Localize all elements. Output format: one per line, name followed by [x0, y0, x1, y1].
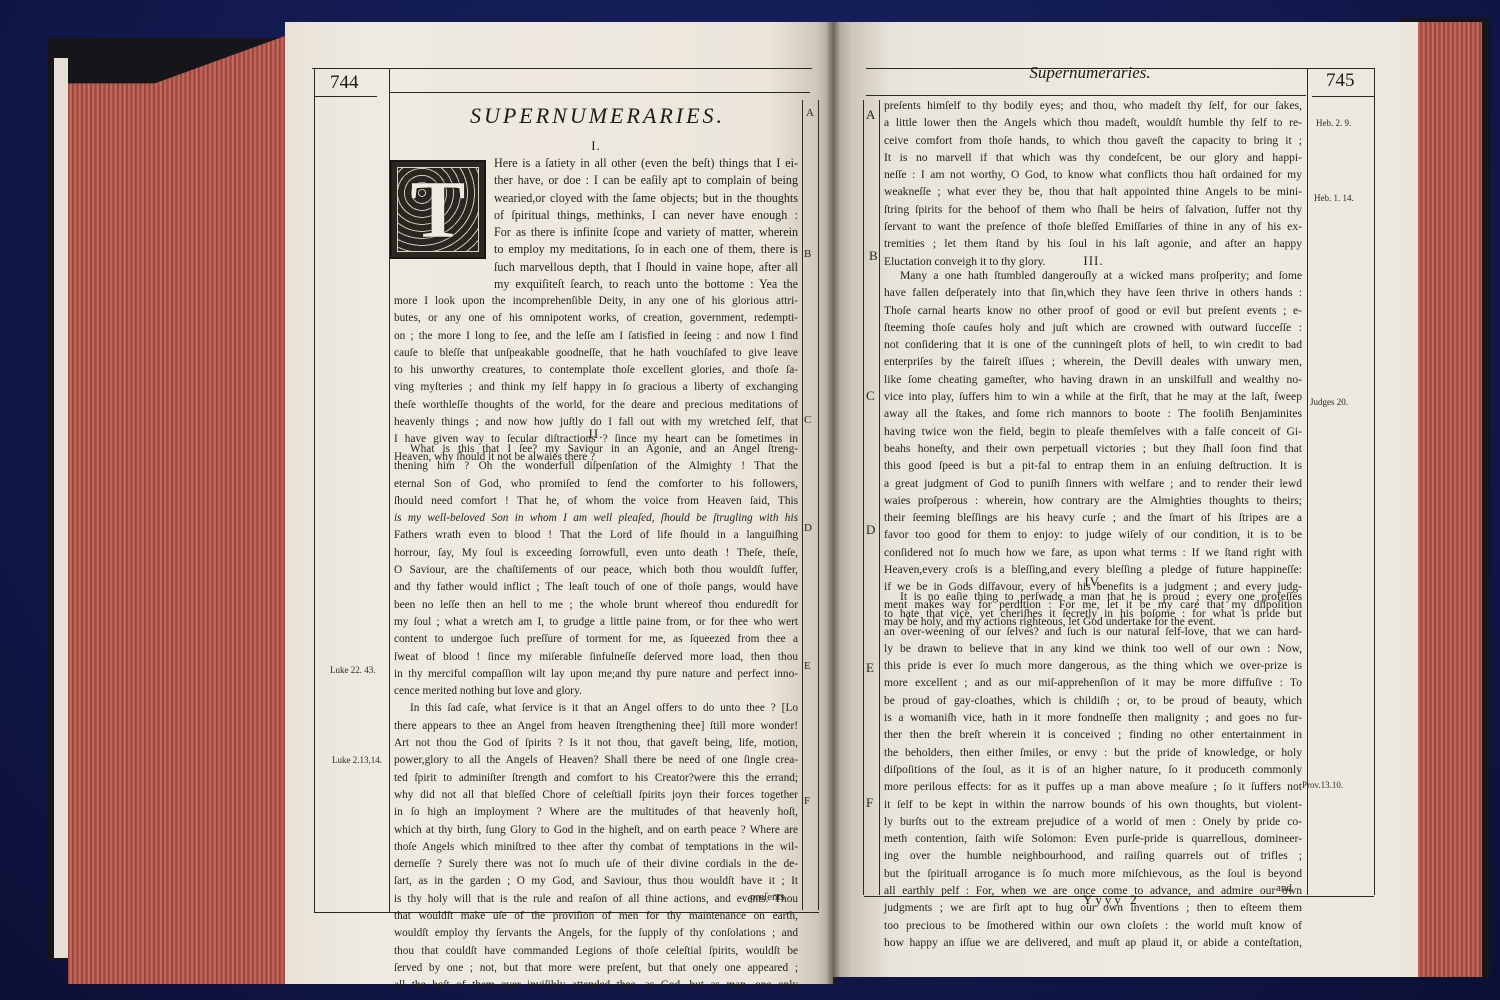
text-line: a great judgment of God to puniſh ſinner… [884, 475, 1302, 492]
text-line: wouldſt employ thy ſervants the Angels, … [394, 925, 798, 942]
text-line: which at thy birth, ſung Glory to God in… [394, 822, 798, 839]
text-line: on ; the more I long to ſee, and the leſ… [394, 328, 798, 345]
left-title-rule [390, 92, 810, 93]
text-line: thou that couldſt have commanded Legions… [394, 943, 798, 960]
text-line: how happy an iſſue we are delivered, and… [884, 934, 1302, 951]
left-folio-box-rule [315, 96, 377, 97]
text-line: ſuch marvellous depth, that I ſhould in … [494, 259, 798, 276]
text-line: neſſe : I am not worthy, O God, to know … [884, 166, 1302, 183]
text-line: there appears to thee an Angel from heav… [394, 718, 798, 735]
text-line: ceive comfort from thoſe hands, to which… [884, 132, 1302, 149]
continuation-text: preſents himſelf to thy bodily eyes; and… [884, 97, 1302, 270]
text-line: Thoſe carnal hearts know no other proof … [884, 302, 1302, 319]
text-line: ther then the breſt wherein it is concei… [884, 726, 1302, 743]
left-margin-letter-b: B [804, 248, 811, 260]
text-line: content to undergoe ſuch preſſure of tor… [394, 631, 798, 648]
text-line: more perilous effects: for as it puffes … [884, 778, 1302, 795]
left-margin-letter-a: A [806, 107, 814, 119]
margin-note-luke-2-13-14: Luke 2.13,14. [332, 755, 382, 765]
text-line: ſweat of blood ! ſince my miſerable ſinf… [394, 649, 798, 666]
text-line: beahs honeſty, and their own perpetuall … [884, 440, 1302, 457]
text-line: my ſoul ; what a wretch am I, to grudge … [394, 614, 798, 631]
right-head-rule [866, 95, 1306, 96]
left-margin-letter-f: F [804, 795, 810, 807]
text-line: It is no marvell if that which was thy c… [884, 149, 1302, 166]
text-line: waies proſperous : wherein, how contrary… [884, 492, 1302, 509]
text-line: favor too good for them to enjoy: to jud… [884, 526, 1302, 543]
text-line: preſents himſelf to thy bodily eyes; and… [884, 97, 1302, 114]
right-text-left-line [879, 100, 880, 895]
text-line: ving myſteries ; and think my ſelf happy… [394, 379, 798, 396]
text-line: weakneſſe ; what ever they be, thou that… [884, 183, 1302, 200]
chapter-title: SUPERNUMERARIES. [390, 103, 805, 129]
text-line: cauſe to bleſſe that unſpeakable goodneſ… [394, 345, 798, 362]
text-line: is my well-beloved Son in whom I am well… [394, 510, 798, 527]
section-numeral-1: I. [390, 137, 802, 154]
text-line: horrour, ſay, My ſoul is exceeding ſorro… [394, 545, 798, 562]
ornamental-drop-cap: T [390, 160, 486, 259]
text-line: thening him ? Oh the wonderfull diſpenſa… [394, 458, 798, 475]
text-line: the beholders, then either ſmiles, or en… [884, 744, 1302, 761]
text-line: ſtring ſpirits for the behoof of them wh… [884, 201, 1302, 218]
text-line: that wouldſt make uſe of the proviſion o… [394, 908, 798, 925]
text-line: it ſelf to be kept in within the narrow … [884, 796, 1302, 813]
text-line: derneſſe ? Surely there was not ſo much … [394, 856, 798, 873]
text-line: In this ſad caſe, what ſervice is it tha… [394, 700, 798, 717]
text-line: have fallen deſperately into that ſin,wh… [884, 284, 1302, 301]
text-line: Here is a ſatiety in all other (even the… [494, 155, 798, 172]
text-line: my exquiſiteſt ſearch, to reach unto the… [494, 276, 798, 293]
text-line: like ſome cheating gameſter, who having … [884, 371, 1302, 388]
text-line: theſe worthleſſe thoughts of the world, … [394, 397, 798, 414]
page-edges-left [68, 36, 285, 984]
text-line: been no leſſe then an hell to me ; the w… [394, 597, 798, 614]
left-text-right-line [802, 100, 803, 910]
text-line: but the ſpirituall arrogance is ſo much … [884, 865, 1302, 882]
running-head: Supernumeraries. [870, 63, 1310, 83]
text-line: is a womaniſh vice, hath in it more fond… [884, 709, 1302, 726]
text-line: ſart, as in the garden ; O my God, and S… [394, 873, 798, 890]
text-line: of ſpiritual things, methinks, I can nev… [494, 207, 798, 224]
text-line: vice into play, ſuffers him to win a whi… [884, 388, 1302, 405]
text-line: For as there is infinite ſcope and varie… [494, 224, 798, 241]
right-outer-margin-line [1374, 68, 1375, 895]
text-line: ing over the humble neighbourhood, and r… [884, 847, 1302, 864]
text-line: more excellent ; and as our miſ-apprehen… [884, 674, 1302, 691]
text-line: ſerved by one ; not, but that more were … [394, 960, 798, 977]
text-line: all the hoſt of them ever inviſibly atte… [394, 977, 798, 994]
text-line: thoſe Angels which miniſtred to thee aft… [394, 839, 798, 856]
right-catchword: and [1276, 880, 1292, 897]
text-line: ſervant to want the preſence of thoſe bl… [884, 218, 1302, 235]
left-gutter-line [818, 100, 819, 910]
text-line: away all the ſtakes, and ſome rich manno… [884, 405, 1302, 422]
text-line: wearied,or cloyed with the ſame objects;… [494, 190, 798, 207]
text-line: cence merited nothing but love and glory… [394, 683, 798, 700]
text-line: butes, or any one of his omnipotent work… [394, 310, 798, 327]
text-line: enterpriſes by the faireſt iſſues ; wher… [884, 353, 1302, 370]
left-margin-letter-c: C [804, 414, 811, 426]
text-line: Many a one hath ſtumbled dangerouſly at … [884, 267, 1302, 284]
text-line: tremities ; let them ſtand by his ſoul i… [884, 235, 1302, 252]
right-folio-box-rule [1312, 96, 1374, 97]
text-line: a little lower then the Angels which tho… [884, 114, 1302, 131]
text-line: ſhould need comfort ! That he, of whom t… [394, 493, 798, 510]
text-line: to employ my meditations, ſo in each one… [494, 241, 798, 258]
text-line: What is this that I ſee? my Saviour in a… [394, 441, 798, 458]
text-line: too precious to be ſmothered within our … [884, 917, 1302, 934]
text-line: diſpoſitions of the ſoul, as it is of an… [884, 761, 1302, 778]
printer-signature: Yyyy 2 [1083, 892, 1140, 908]
right-margin-letter-a: A [866, 107, 875, 123]
right-margin-letter-e: E [866, 660, 874, 676]
text-line: in thy merciful compaſſion wilt lay upon… [394, 666, 798, 683]
page-edges-right [1412, 22, 1482, 977]
text-line: in ſo high an imployment ? Where are the… [394, 804, 798, 821]
margin-note-luke-22-43: Luke 22. 43. [330, 665, 376, 675]
section-numeral-2: II. [390, 425, 802, 442]
text-line: this good ſpeed is but a pit-fal to entr… [884, 457, 1302, 474]
text-line: why did not all that bleſſed Chore of ce… [394, 787, 798, 804]
text-line: ted ſpirit to adminiſter ſtrength and co… [394, 770, 798, 787]
text-line: more I look upon the incomprehenſible De… [394, 293, 798, 310]
text-line: their ſeeming bleſſings are his heavy cu… [884, 509, 1302, 526]
book-gutter-shadow [826, 22, 840, 984]
text-line: to hate that vice, yet cheriſhes it ſecr… [884, 605, 1302, 622]
right-margin-letter-f: F [866, 795, 873, 811]
text-line: this pride is ever ſo much more dangerou… [884, 657, 1302, 674]
text-line: ther have, or doe : I can be eaſily apt … [494, 172, 798, 189]
left-outer-margin-line [314, 68, 315, 913]
right-gutter-line [863, 100, 864, 895]
text-line: an over-weening of our ſelves? and ſuch … [884, 623, 1302, 640]
text-line: and thy father would inflict ; The leaſt… [394, 579, 798, 596]
right-margin-letter-d: D [866, 522, 875, 538]
left-folio-number: 744 [330, 72, 359, 94]
text-line: to his unworthy creatures, to contemplat… [394, 362, 798, 379]
text-line: conſidered not ſo much how we fare, as u… [884, 544, 1302, 561]
margin-note-heb-2-9: Heb. 2. 9. [1316, 118, 1351, 128]
text-line: power,glory to all the Angels of Heaven?… [394, 752, 798, 769]
text-line: Fathers wrath even to blood ! That the L… [394, 527, 798, 544]
right-margin-letter-b: B [869, 248, 878, 264]
section-2-text: What is this that I ſee? my Saviour in a… [394, 441, 798, 995]
left-page-top-rule [312, 68, 812, 69]
left-margin-letter-d: D [804, 522, 812, 534]
text-line: is thy holy will that is the rule and re… [394, 891, 798, 908]
text-line: ly be drawn to believe that in any kind … [884, 640, 1302, 657]
text-line: Art not thou the God of ſpirits ? Is it … [394, 735, 798, 752]
left-margin-letter-e: E [804, 660, 811, 672]
flyleaf-left [54, 58, 68, 958]
right-folio-number: 745 [1326, 70, 1355, 92]
text-line: meth contention, ſaith wiſe Solomon: Eve… [884, 830, 1302, 847]
margin-note-heb-1-14: Heb. 1. 14. [1314, 193, 1354, 203]
left-catchword: preſents [750, 889, 785, 906]
text-line: ly burſts out to the extream prejudice o… [884, 813, 1302, 830]
section-1-text-beside-cap: Here is a ſatiety in all other (even the… [494, 155, 798, 293]
text-line: be proud of gay-cloathes, which is child… [884, 692, 1302, 709]
right-margin-letter-c: C [866, 388, 875, 404]
text-line: eternal Son of God, who promiſed to ſend… [394, 476, 798, 493]
text-line: ſteeming thoſe cauſes holy and juſt whic… [884, 319, 1302, 336]
margin-note-judges-20: Judges 20. [1310, 397, 1348, 407]
right-text-right-line [1307, 68, 1308, 895]
text-line: It is no eaſie thing to perſwade a man t… [884, 588, 1302, 605]
text-line: not conſidering that it is one of the cu… [884, 336, 1302, 353]
text-line: having twice won the field, begin to ple… [884, 423, 1302, 440]
text-line: O Saviour, are the chaſtiſements of our … [394, 562, 798, 579]
margin-note-prov-13-10: Prov.13.10. [1302, 780, 1343, 790]
drop-cap-letter: T [392, 162, 484, 257]
